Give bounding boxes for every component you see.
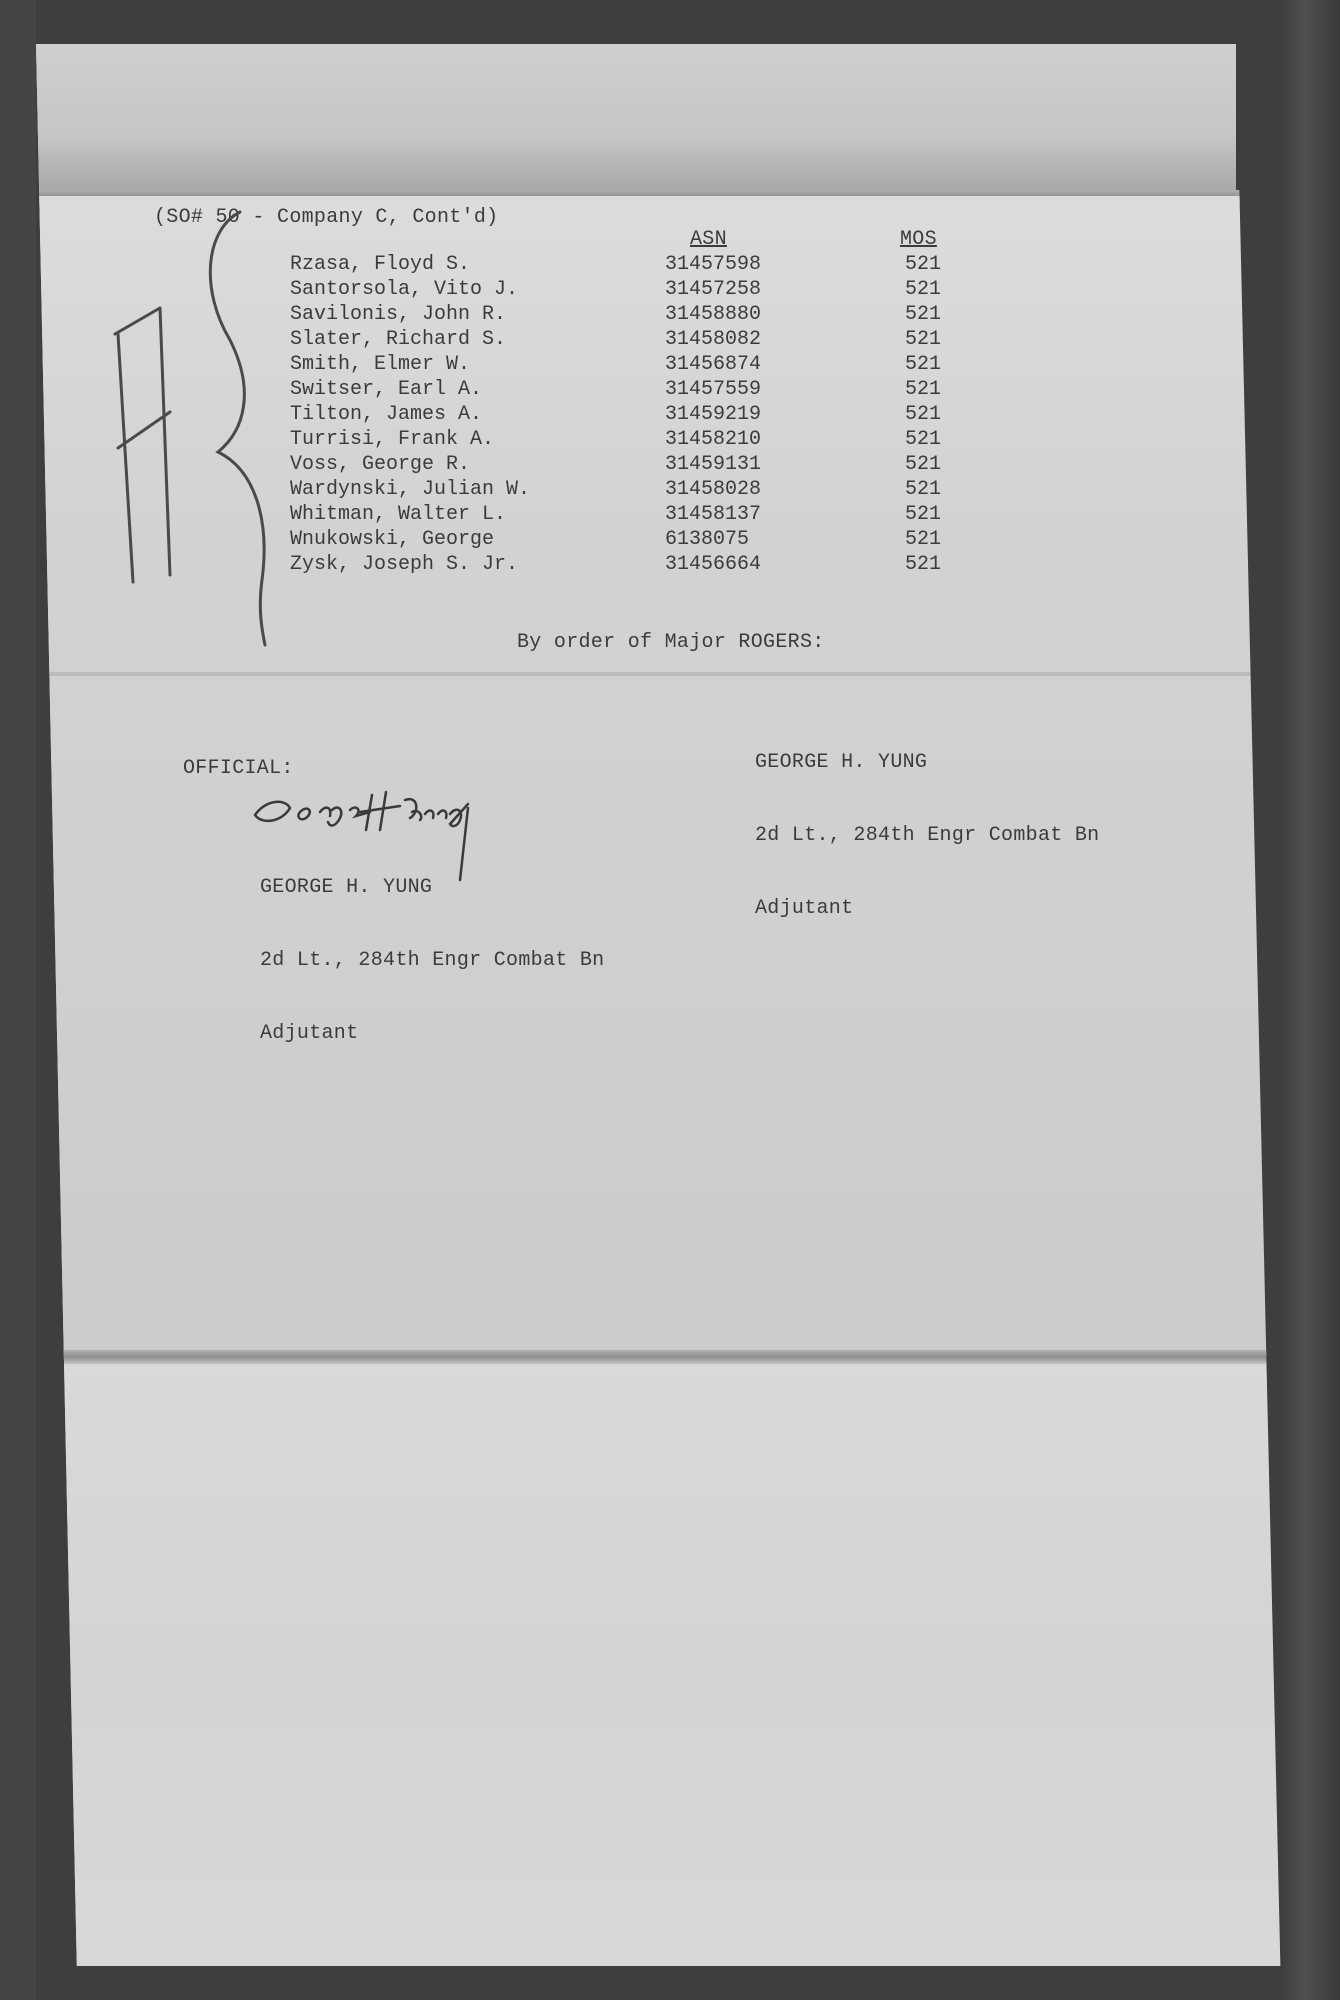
margin-bracket-icon (210, 212, 265, 645)
handwritten-annotations (0, 0, 1340, 2000)
margin-letter-a-icon (115, 308, 170, 582)
signature-icon (255, 792, 468, 880)
